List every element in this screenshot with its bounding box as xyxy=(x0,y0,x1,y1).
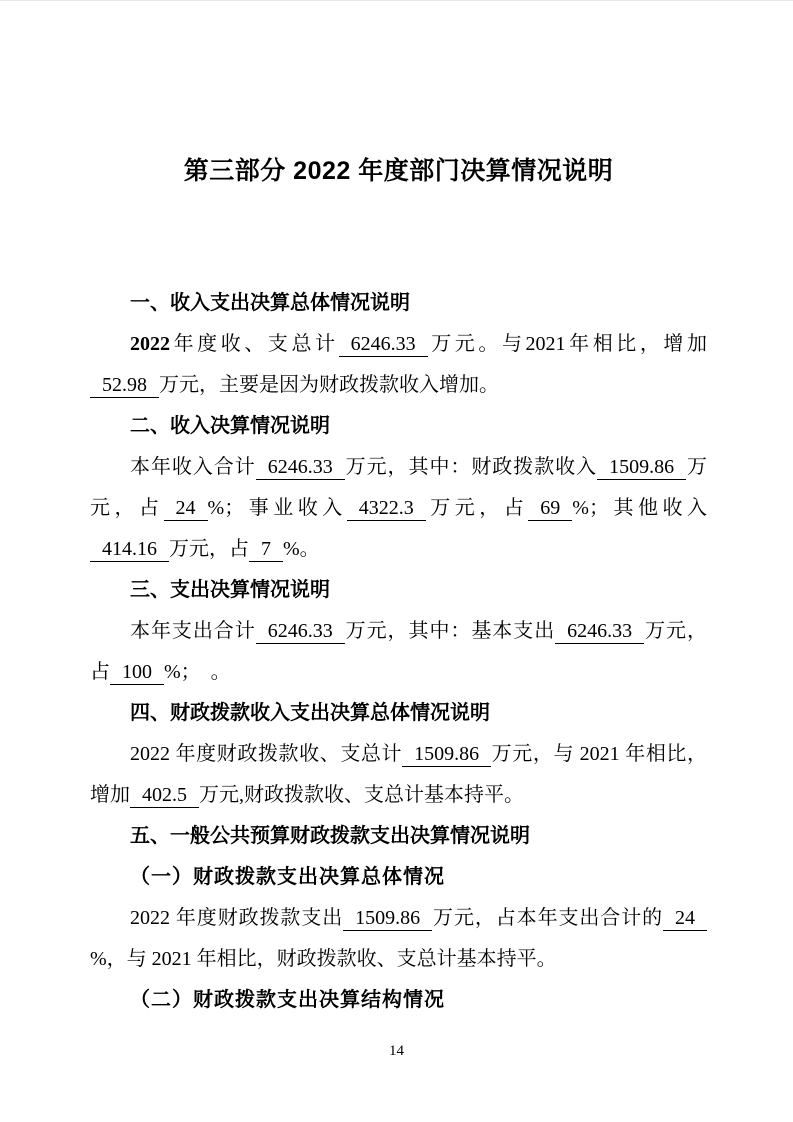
document-page: 第三部分 2022 年度部门决算情况说明 一、收入支出决算总体情况说明 2022… xyxy=(0,0,793,1122)
text-run: %；其他收入 xyxy=(572,497,707,519)
section-2-heading: 二、收入决算情况说明 xyxy=(90,406,707,447)
underlined-value: 6246.33 xyxy=(256,455,345,480)
text-run: %；事业收入 xyxy=(208,497,347,519)
underlined-value: 6246.33 xyxy=(256,619,345,644)
subsection-5-1-paragraph: 2022 年度财政拨款支出1509.86万元，占本年支出合计的24%，与 202… xyxy=(90,898,707,980)
text-run: 万元,财政拨款收、支总计基本持平。 xyxy=(199,784,524,806)
text-run: 2022 年度财政拨款支出 xyxy=(130,907,343,929)
page-content: 第三部分 2022 年度部门决算情况说明 一、收入支出决算总体情况说明 2022… xyxy=(90,1,707,1021)
text-run: 本年收入合计 xyxy=(130,456,256,478)
section-public-budget-expenditure: 五、一般公共预算财政拨款支出决算情况说明 （一）财政拨款支出决算总体情况 202… xyxy=(90,816,707,1021)
text-run: 万元，占本年支出合计的 xyxy=(432,907,663,929)
underlined-value: 69 xyxy=(528,496,572,521)
section-1-heading: 一、收入支出决算总体情况说明 xyxy=(90,283,707,324)
underlined-value: 1509.86 xyxy=(597,455,686,480)
underlined-value: 7 xyxy=(249,537,283,562)
section-expenditure-final-accounts: 三、支出决算情况说明 本年支出合计6246.33万元，其中：基本支出6246.3… xyxy=(90,570,707,693)
section-income-final-accounts: 二、收入决算情况说明 本年收入合计6246.33万元，其中：财政拨款收入1509… xyxy=(90,406,707,570)
text-run: %； 。 xyxy=(164,661,231,683)
document-title: 第三部分 2022 年度部门决算情况说明 xyxy=(90,151,707,191)
text-run: 万元。与2021年相比，增加 xyxy=(428,333,707,355)
section-income-expenditure-overview: 一、收入支出决算总体情况说明 2022年度收、支总计6246.33万元。与202… xyxy=(90,283,707,406)
subsection-5-1-heading: （一）财政拨款支出决算总体情况 xyxy=(90,857,707,898)
text-run: 万元，其中：财政拨款收入 xyxy=(345,456,597,478)
text-run: 本年支出合计 xyxy=(130,620,256,642)
page-number: 14 xyxy=(0,1043,793,1060)
section-2-paragraph: 本年收入合计6246.33万元，其中：财政拨款收入1509.86万元，占24%；… xyxy=(90,447,707,570)
section-3-heading: 三、支出决算情况说明 xyxy=(90,570,707,611)
underlined-value: 24 xyxy=(663,906,707,931)
text-run: %。 xyxy=(283,538,320,560)
section-4-paragraph: 2022 年度财政拨款收、支总计1509.86万元，与 2021 年相比，增加4… xyxy=(90,734,707,816)
subsection-5-2-heading: （二）财政拨款支出决算结构情况 xyxy=(90,980,707,1021)
text-run: 万元，占 xyxy=(169,538,249,560)
underlined-value: 100 xyxy=(110,660,164,685)
underlined-value: 24 xyxy=(164,496,208,521)
underlined-value: 4322.3 xyxy=(347,496,426,521)
text-run: 万元，主要是因为财政拨款收入增加。 xyxy=(159,374,499,396)
underlined-value: 1509.86 xyxy=(402,742,491,767)
text-run: 年度收、支总计 xyxy=(170,333,339,355)
underlined-value: 6246.33 xyxy=(339,332,428,357)
underlined-value: 6246.33 xyxy=(555,619,644,644)
text-run: 2022 xyxy=(130,333,170,355)
text-run: 2022 年度财政拨款收、支总计 xyxy=(130,743,402,765)
section-3-paragraph: 本年支出合计6246.33万元，其中：基本支出6246.33万元，占100%； … xyxy=(90,611,707,693)
section-5-heading: 五、一般公共预算财政拨款支出决算情况说明 xyxy=(90,816,707,857)
text-run: 万元，占 xyxy=(426,497,529,519)
underlined-value: 414.16 xyxy=(90,537,169,562)
text-run: %，与 2021 年相比，财政拨款收、支总计基本持平。 xyxy=(90,948,557,970)
text-run: 万元，其中：基本支出 xyxy=(345,620,555,642)
underlined-value: 52.98 xyxy=(90,373,159,398)
section-1-paragraph: 2022年度收、支总计6246.33万元。与2021年相比，增加52.98万元，… xyxy=(90,324,707,406)
underlined-value: 402.5 xyxy=(130,783,199,808)
section-fiscal-appropriation-overview: 四、财政拨款收入支出决算总体情况说明 2022 年度财政拨款收、支总计1509.… xyxy=(90,693,707,816)
underlined-value: 1509.86 xyxy=(343,906,432,931)
section-4-heading: 四、财政拨款收入支出决算总体情况说明 xyxy=(90,693,707,734)
